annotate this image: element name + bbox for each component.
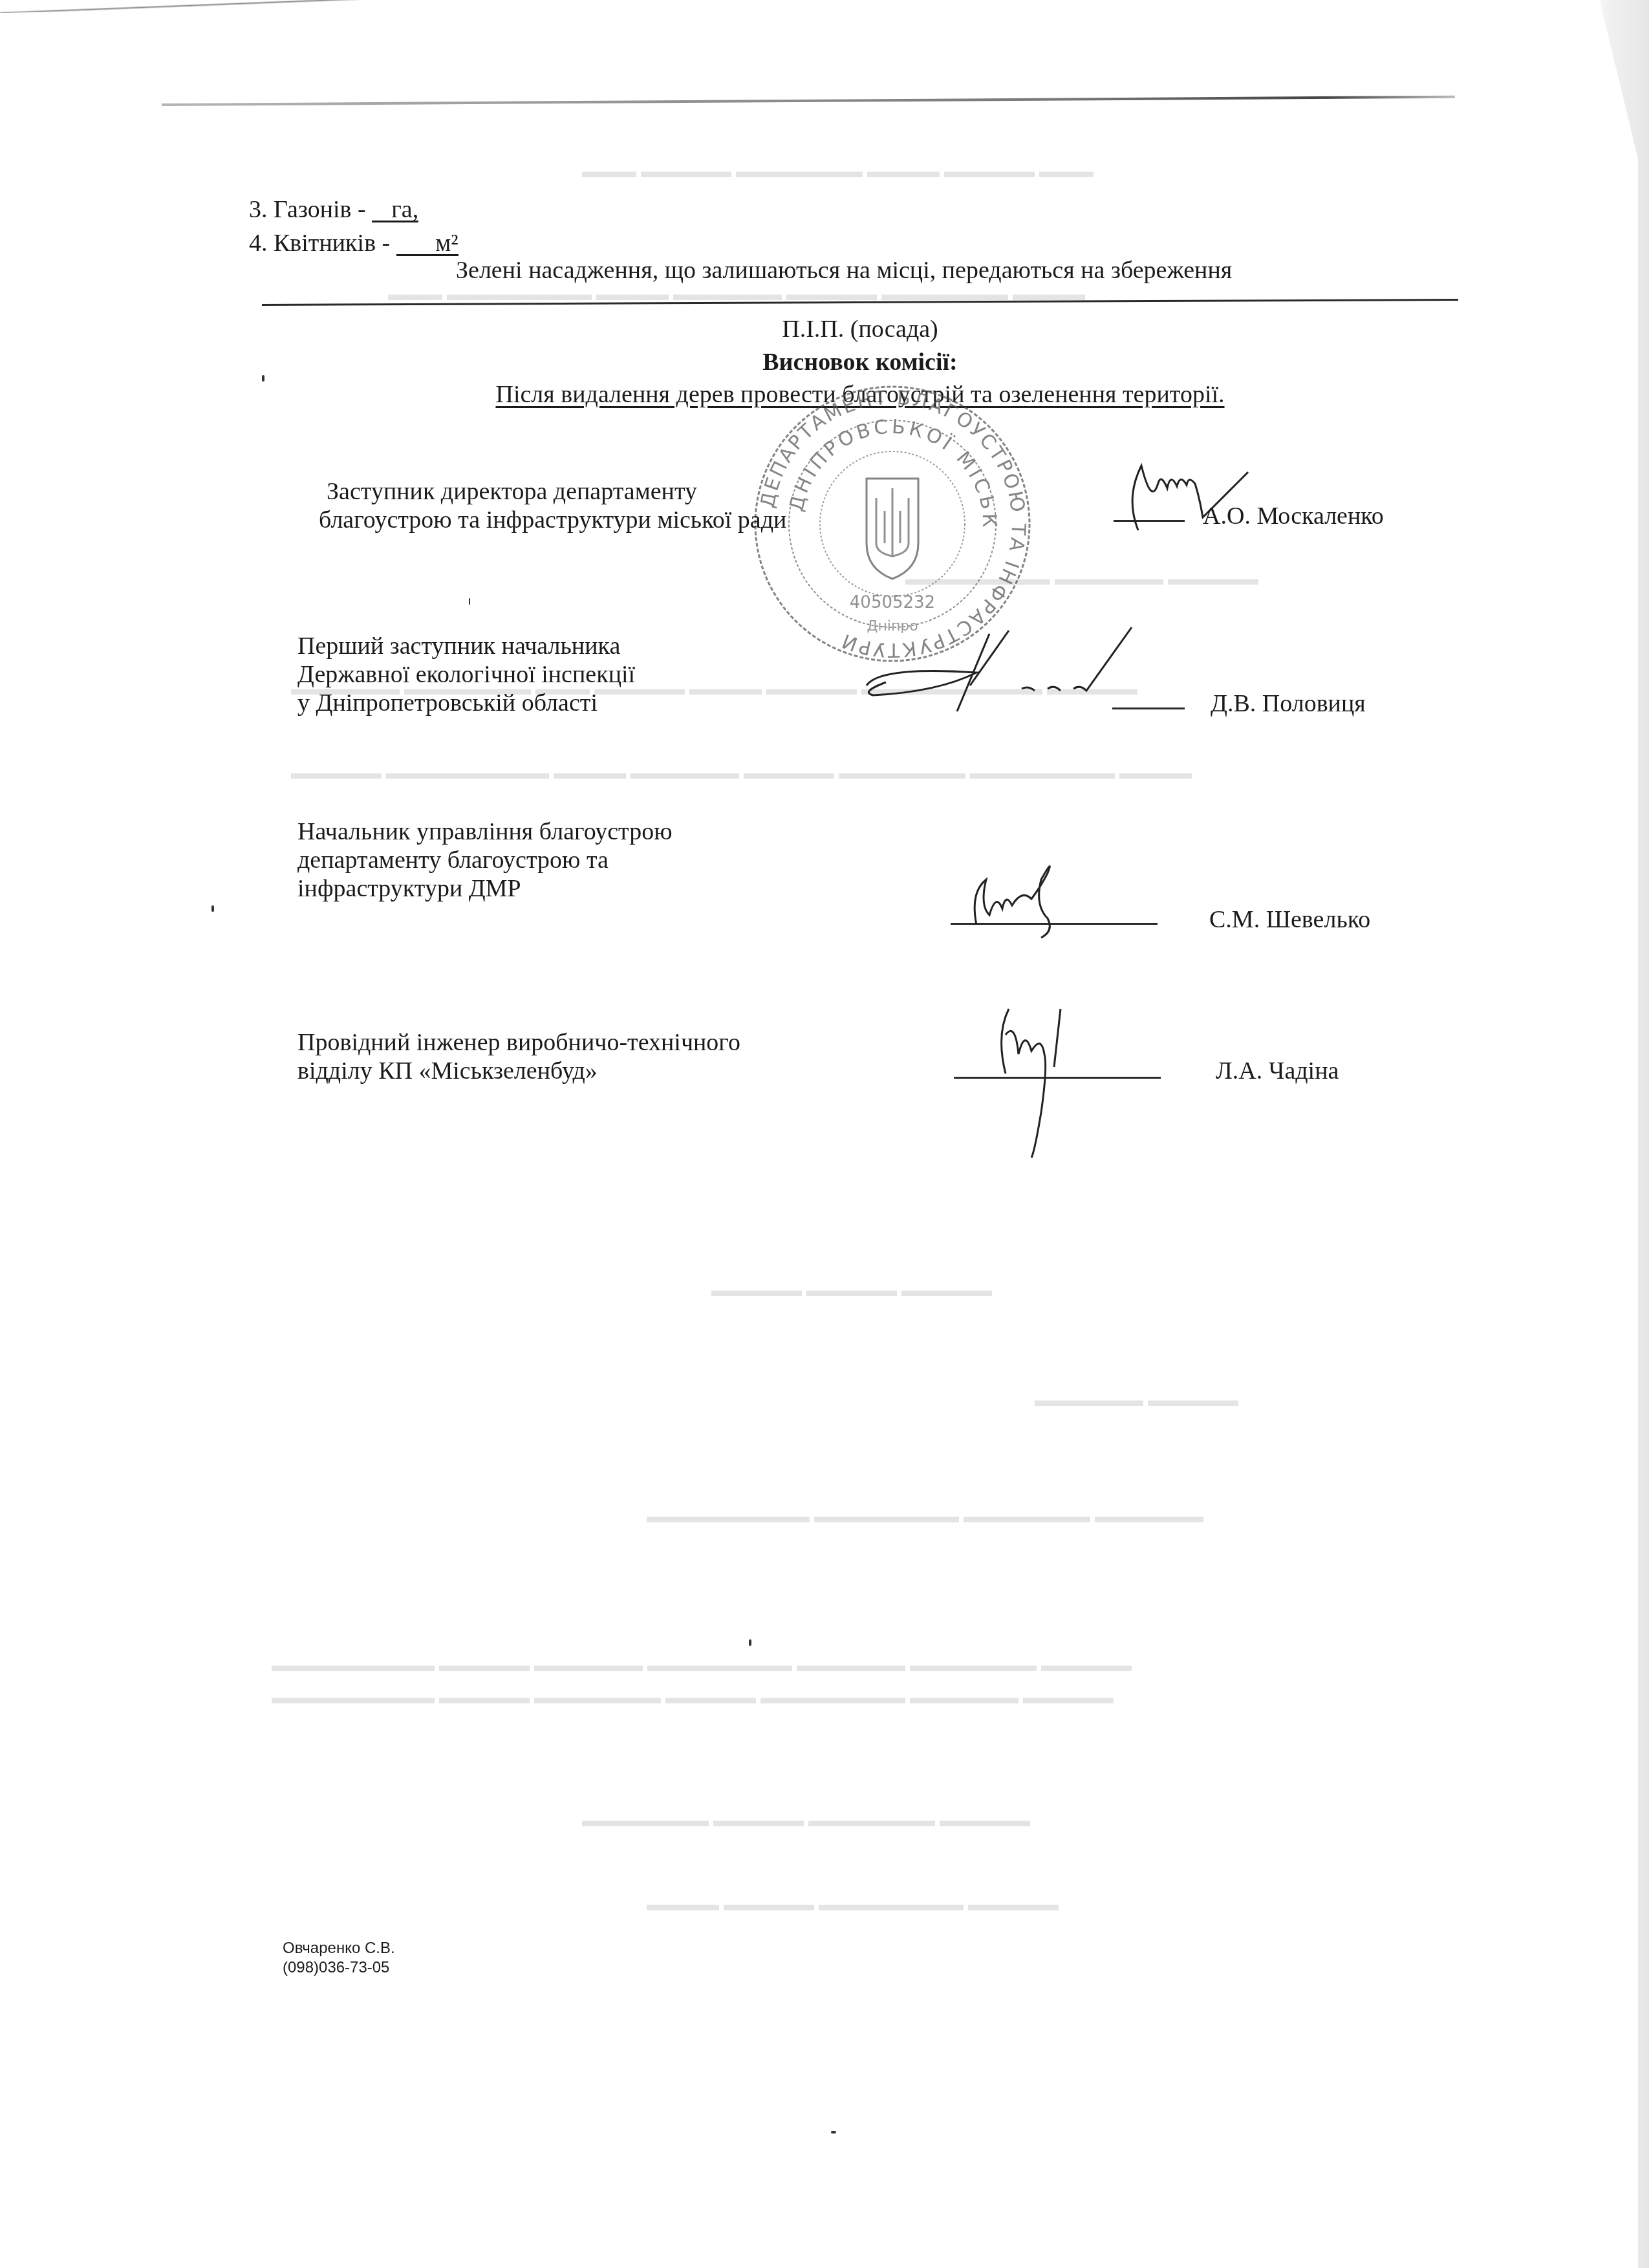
page-fold-shadow [0,0,711,13]
trident-icon [876,488,909,556]
scan-speck [211,905,214,912]
bleed-through-text: ▬▬▬▬▬ ▬▬▬▬▬▬▬ ▬▬▬▬▬ ▬▬▬▬▬▬▬ [582,1811,1030,1831]
position-line: у Дніпропетровській області [297,689,635,717]
signature-2 [860,621,1222,724]
signature-3 [951,854,1158,944]
executor-block: Овчаренко С.В. (098)036-73-05 [283,1939,395,1978]
item-label: Квітників [274,230,376,257]
item-flowerbeds: 4. Квітників - м² [249,229,458,257]
scan-speck [262,375,264,382]
stamp-code: 40505232 [850,593,935,612]
scan-artifact-line [162,96,1455,106]
signatory-3-position: Начальник управління благоустрою департа… [297,817,673,903]
position-line: Провідний інженер виробничо-технічного [297,1028,740,1057]
name-position-line [262,299,1458,306]
item-label: Газонів [274,196,352,223]
executor-name: Овчаренко С.В. [283,1939,395,1958]
position-line: благоустрою та інфраструктури міської ра… [319,506,786,534]
preserved-note: Зелені насадження, що залишаються на міс… [456,256,1232,285]
bleed-through-text: ▬▬▬▬ ▬▬▬▬▬▬▬▬ ▬▬▬▬▬▬▬ ▬▬▬▬▬ ▬▬▬▬▬▬ ▬▬▬▬ … [291,763,1192,784]
signatory-4-name: Л.А. Чадіна [1216,1057,1339,1085]
signature-4 [970,996,1112,1164]
position-line: інфраструктури ДМР [297,874,673,903]
item-dash: - [382,230,391,257]
item-lawns: 3. Газонів - га, [249,195,418,224]
item-number: 4. [249,230,268,257]
bleed-through-text: ▬▬▬▬▬ ▬▬▬▬▬▬ [1035,1390,1238,1411]
blank-field: м² [396,232,458,256]
bleed-through-text: ▬▬▬▬▬ ▬▬▬▬▬▬ ▬▬▬▬▬▬▬▬ ▬▬▬▬▬ ▬▬▬▬▬▬▬ ▬▬▬▬… [272,1688,1114,1709]
signatory-2-position: Перший заступник начальника Державної ек… [297,632,635,717]
page-edge [1594,0,1649,2268]
position-line: Начальник управління благоустрою [297,817,673,846]
conclusion-heading: Висновок комісії: [262,348,1458,376]
item-number: 3. [249,196,268,223]
signatory-3-name: С.М. Шевелько [1209,905,1370,934]
scan-speck [831,2131,836,2133]
item-unit: га, [391,196,418,223]
name-position-caption: П.І.П. (посада) [262,315,1458,343]
position-line: Перший заступник начальника [297,632,635,660]
signatory-4-position: Провідний інженер виробничо-технічного в… [297,1028,740,1085]
executor-phone: (098)036-73-05 [283,1958,395,1978]
scan-speck [469,598,470,605]
item-dash: - [358,196,366,223]
position-line: департаменту благоустрою та [297,846,673,874]
scan-speck [749,1639,751,1646]
position-line: Заступник директора департаменту [327,477,786,506]
bleed-through-text: ▬▬▬▬▬ ▬▬▬▬▬▬▬ ▬▬▬▬▬▬ ▬▬▬▬▬▬▬▬ ▬▬▬▬▬▬ ▬▬▬… [272,1656,1132,1676]
signatory-1-position: Заступник директора департаменту благоус… [327,477,786,534]
bleed-through-text: ▬▬▬▬▬▬ ▬▬▬▬▬▬▬ ▬▬▬▬▬▬▬▬ ▬▬▬▬▬▬▬▬▬ [647,1507,1203,1528]
item-unit: м² [435,230,458,257]
bleed-through-text: ▬▬▬ ▬▬▬▬▬ ▬▬▬▬ ▬▬▬▬▬▬▬ ▬▬▬▬▬ ▬▬▬ [582,162,1094,182]
bleed-through-text: ▬▬▬▬▬ ▬▬▬▬▬ ▬▬▬▬▬ [711,1280,992,1301]
signatory-1-name: А.О. Москаленко [1203,502,1384,530]
bleed-through-text: ▬▬▬▬▬ ▬▬▬▬▬▬▬▬ ▬▬▬▬▬ ▬▬▬▬ [647,1895,1059,1916]
signatory-2-name: Д.В. Половиця [1211,689,1366,718]
position-line: відділу КП «Міськзеленбуд» [297,1057,740,1085]
position-line: Державної екологічної інспекції [297,660,635,689]
blank-field: га, [372,199,418,222]
